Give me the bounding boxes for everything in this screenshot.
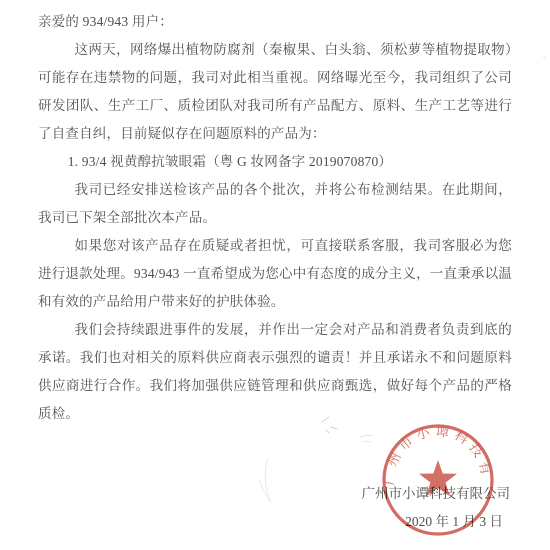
signature-date: 2020 年 1 月 3 日 <box>38 508 510 536</box>
paragraph-commitment: 我们会持续跟进事件的发展，并作出一定会对产品和消费者负责到底的承诺。我们也对相关… <box>38 316 512 428</box>
paragraph-intro: 这两天，网络爆出植物防腐剂（秦椒果、白头翁、须松萝等植物提取物）可能存在违禁物的… <box>38 36 512 148</box>
paragraph-refund: 如果您对该产品存在质疑或者担忧，可直接联系客服，我司客服必为您进行退款处理。93… <box>38 232 512 316</box>
product-list-item: 1. 93/4 视黄醇抗皱眼霜（粤 G 妆网备字 2019070870） <box>38 148 512 176</box>
document-page: 亲爱的 934/943 用户： 这两天，网络爆出植物防腐剂（秦椒果、白头翁、须松… <box>0 0 550 550</box>
svg-text:广州市小谭科技有限公司: 广州市小谭科技有限公司 <box>381 423 495 486</box>
paragraph-inspection: 我司已经安排送检该产品的各个批次，并将公布检测结果。在此期间，我司已下架全部批次… <box>38 176 512 232</box>
signature-company: 广州市小谭科技有限公司 <box>38 480 510 508</box>
signature-block: 广州市小谭科技有限公司 2020 年 1 月 3 日 <box>38 480 512 536</box>
seal-ring-text: 广州市小谭科技有限公司 <box>381 423 495 486</box>
salutation: 亲爱的 934/943 用户： <box>38 8 512 36</box>
